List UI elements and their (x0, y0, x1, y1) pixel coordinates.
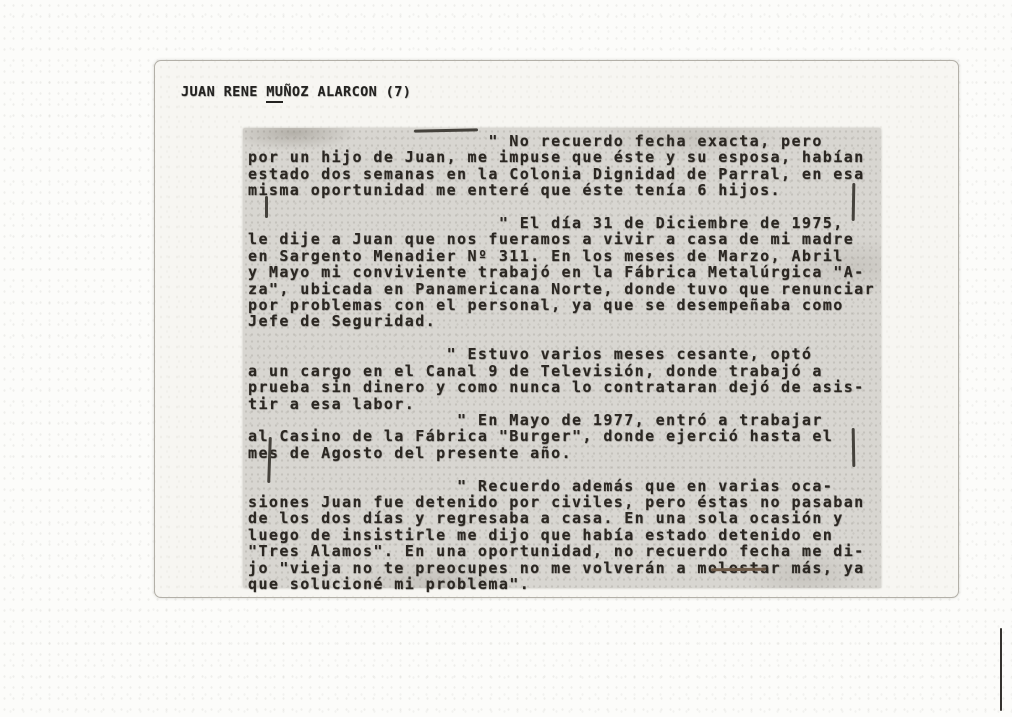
page-background: JUAN RENE MUÑOZ ALARCON (7) " No recuerd… (0, 0, 1012, 717)
title-text-prefix: JUAN RENE (181, 84, 266, 100)
pen-left-margin-tick-1 (265, 196, 268, 218)
title-text-underlined: MU (266, 84, 283, 103)
document-photo: JUAN RENE MUÑOZ ALARCON (7) " No recuerd… (154, 60, 959, 598)
pen-underline-mark (711, 568, 766, 572)
title-text-suffix: ÑOZ ALARCON (7) (283, 84, 411, 100)
scan-artifact-line (1000, 628, 1002, 711)
typed-text: " No recuerdo fecha exacta, pero por un … (243, 128, 881, 592)
typed-text-block: " No recuerdo fecha exacta, pero por un … (243, 128, 881, 588)
document-title: JUAN RENE MUÑOZ ALARCON (7) (181, 84, 411, 100)
